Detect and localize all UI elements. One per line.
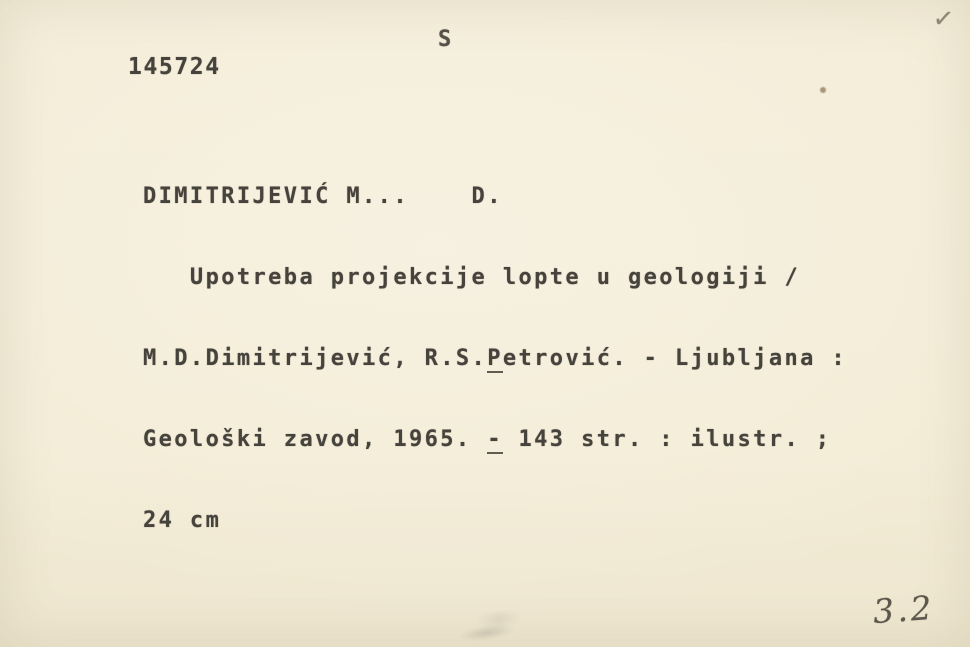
accession-number: 145724 <box>128 54 221 80</box>
entry-size-line: 24 cm <box>143 507 847 534</box>
paper-speck <box>820 87 826 93</box>
handwritten-note: 3.2 <box>872 588 936 631</box>
entry-publication-line: Geološki zavod, 1965. - 143 str. : ilust… <box>143 426 847 453</box>
publication-line-post: 143 str. : ilustr. ; <box>503 427 832 452</box>
pencil-checkmark-icon: ✓ <box>932 3 956 34</box>
entry-heading-line: DIMITRIJEVIĆ M... D. <box>143 183 847 210</box>
statement-line-underlined-letter: P <box>487 346 503 373</box>
publication-line-pre: Geološki zavod, 1965. <box>143 427 487 452</box>
statement-line-pre: M.D.Dimitrijević, R.S. <box>143 346 487 371</box>
entry-title-line: Upotreba projekcije lopte u geologiji / <box>143 264 847 291</box>
entry-statement-line: M.D.Dimitrijević, R.S.Petrović. - Ljublj… <box>143 345 847 372</box>
catalog-entry: DIMITRIJEVIĆ M... D. Upotreba projekcije… <box>143 129 847 588</box>
publication-line-overstruck-dash: - <box>487 427 503 454</box>
statement-line-post: etrović. - Ljubljana : <box>503 346 847 371</box>
catalog-card: ✓ S 145724 DIMITRIJEVIĆ M... D. Upotreba… <box>0 0 970 647</box>
pencil-smudge <box>449 606 542 644</box>
section-letter: S <box>438 27 453 52</box>
